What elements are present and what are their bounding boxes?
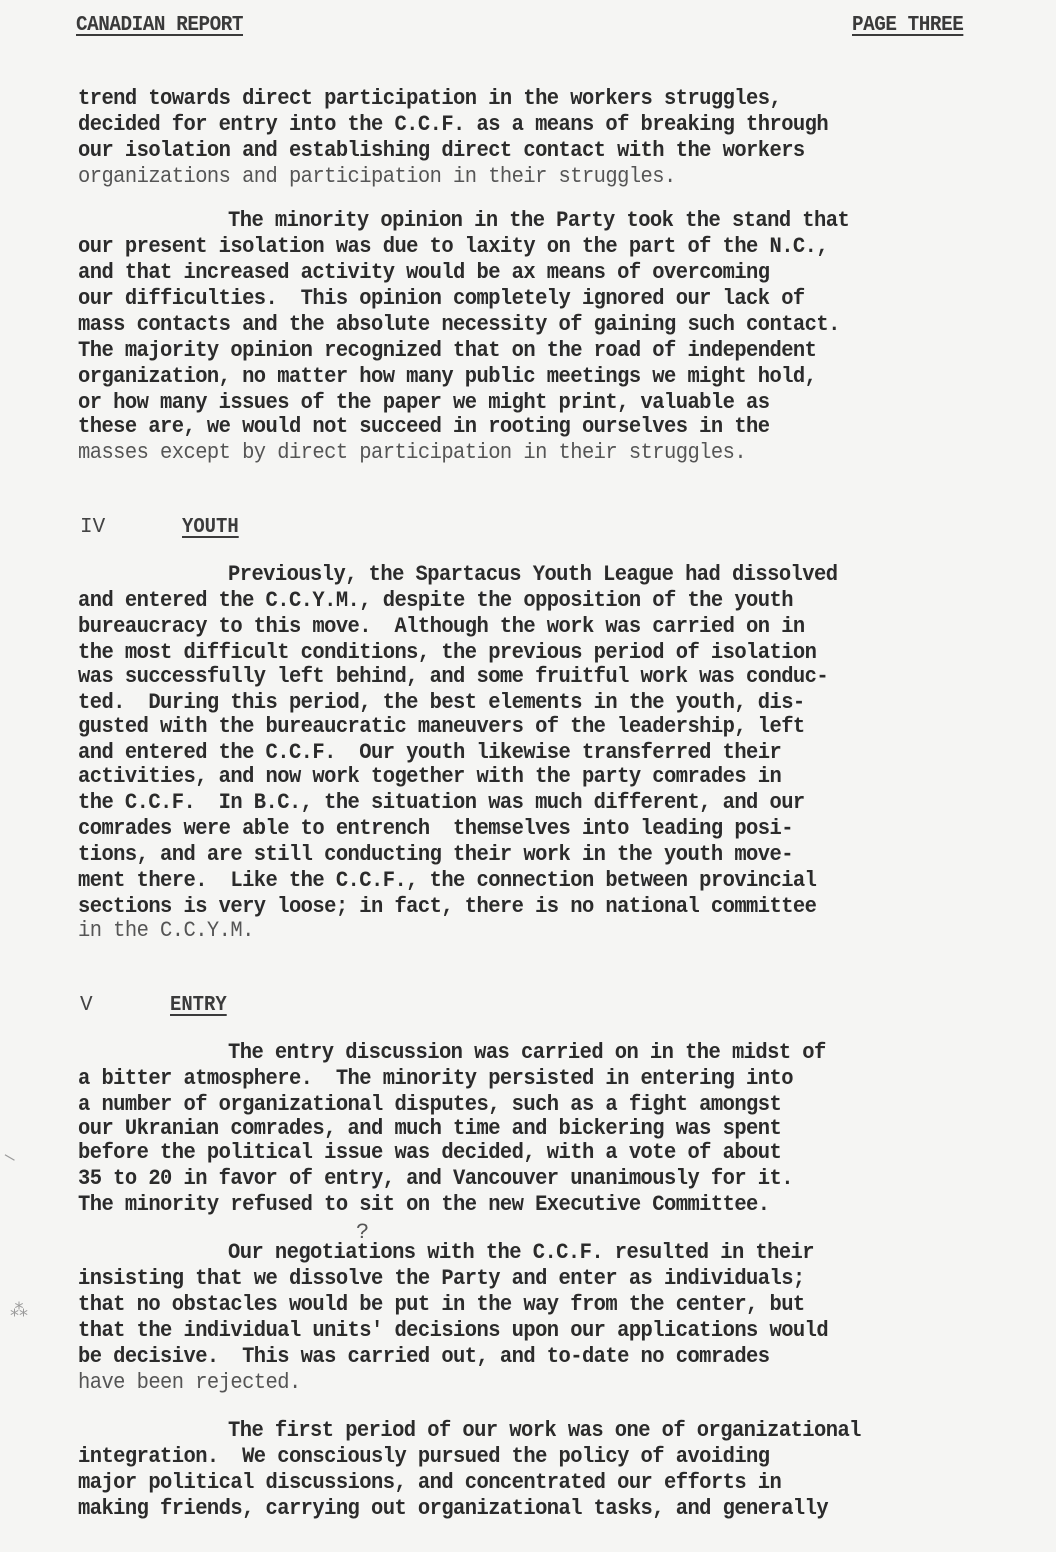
- text-line: have been rejected.: [78, 1370, 301, 1396]
- text-line: The first period of our work was one of …: [228, 1418, 861, 1444]
- text-line: was successfully left behind, and some f…: [78, 664, 828, 690]
- text-line: a number of organizational disputes, suc…: [78, 1092, 781, 1118]
- text-line: or how many issues of the paper we might…: [78, 390, 769, 416]
- text-line: ted. During this period, the best elemen…: [78, 690, 805, 716]
- text-line: The majority opinion recognized that on …: [78, 338, 816, 364]
- text-line: the most difficult conditions, the previ…: [78, 640, 816, 666]
- text-line: The minority refused to sit on the new E…: [78, 1192, 769, 1218]
- report-title: CANADIAN REPORT: [76, 14, 243, 37]
- section-title: ENTRY: [170, 994, 227, 1017]
- text-line: insisting that we dissolve the Party and…: [78, 1266, 805, 1292]
- text-line: in the C.C.Y.M.: [78, 918, 254, 944]
- text-line: these are, we would not succeed in rooti…: [78, 414, 769, 440]
- margin-scribble-icon: ⁂: [10, 1300, 28, 1322]
- margin-stroke-icon: ―: [0, 1147, 19, 1170]
- text-line: trend towards direct participation in th…: [78, 86, 781, 112]
- text-line: our present isolation was due to laxity …: [78, 234, 828, 260]
- text-line: masses except by direct participation in…: [78, 440, 746, 466]
- text-line: decided for entry into the C.C.F. as a m…: [78, 112, 828, 138]
- text-line: a bitter atmosphere. The minority persis…: [78, 1066, 793, 1092]
- text-line: activities, and now work together with t…: [78, 764, 781, 790]
- text-line: mass contacts and the absolute necessity…: [78, 312, 840, 338]
- text-line: making friends, carrying out organizatio…: [78, 1496, 828, 1522]
- text-line: and entered the C.C.F. Our youth likewis…: [78, 740, 781, 766]
- text-line: Our negotiations with the C.C.F. resulte…: [228, 1240, 814, 1266]
- text-line: the C.C.F. In B.C., the situation was mu…: [78, 790, 805, 816]
- text-line: that no obstacles would be put in the wa…: [78, 1292, 805, 1318]
- text-line: and entered the C.C.Y.M., despite the op…: [78, 588, 793, 614]
- section-number: IV: [80, 516, 105, 539]
- text-line: organizations and participation in their…: [78, 164, 676, 190]
- text-line: sections is very loose; in fact, there i…: [78, 894, 816, 920]
- text-line: tions, and are still conducting their wo…: [78, 842, 793, 868]
- section-title: YOUTH: [182, 516, 239, 539]
- text-line: Previously, the Spartacus Youth League h…: [228, 562, 837, 588]
- text-line: our difficulties. This opinion completel…: [78, 286, 805, 312]
- text-line: before the political issue was decided, …: [78, 1140, 781, 1166]
- text-line: our Ukranian comrades, and much time and…: [78, 1116, 781, 1142]
- text-line: The entry discussion was carried on in t…: [228, 1040, 826, 1066]
- text-line: be decisive. This was carried out, and t…: [78, 1344, 769, 1370]
- section-number: V: [80, 994, 93, 1017]
- text-line: integration. We consciously pursued the …: [78, 1444, 769, 1470]
- text-line: major political discussions, and concent…: [78, 1470, 781, 1496]
- text-line: our isolation and establishing direct co…: [78, 138, 805, 164]
- page-label: PAGE THREE: [852, 14, 963, 37]
- text-line: that the individual units' decisions upo…: [78, 1318, 828, 1344]
- text-line: The minority opinion in the Party took t…: [228, 208, 849, 234]
- text-line: comrades were able to entrench themselve…: [78, 816, 793, 842]
- text-line: ment there. Like the C.C.F., the connect…: [78, 868, 816, 894]
- text-line: gusted with the bureaucratic maneuvers o…: [78, 714, 805, 740]
- document-page: CANADIAN REPORT PAGE THREE trend towards…: [0, 0, 1056, 1552]
- text-line: 35 to 20 in favor of entry, and Vancouve…: [78, 1166, 793, 1192]
- text-line: bureaucracy to this move. Although the w…: [78, 614, 805, 640]
- text-line: organization, no matter how many public …: [78, 364, 816, 390]
- text-line: and that increased activity would be ax …: [78, 260, 769, 286]
